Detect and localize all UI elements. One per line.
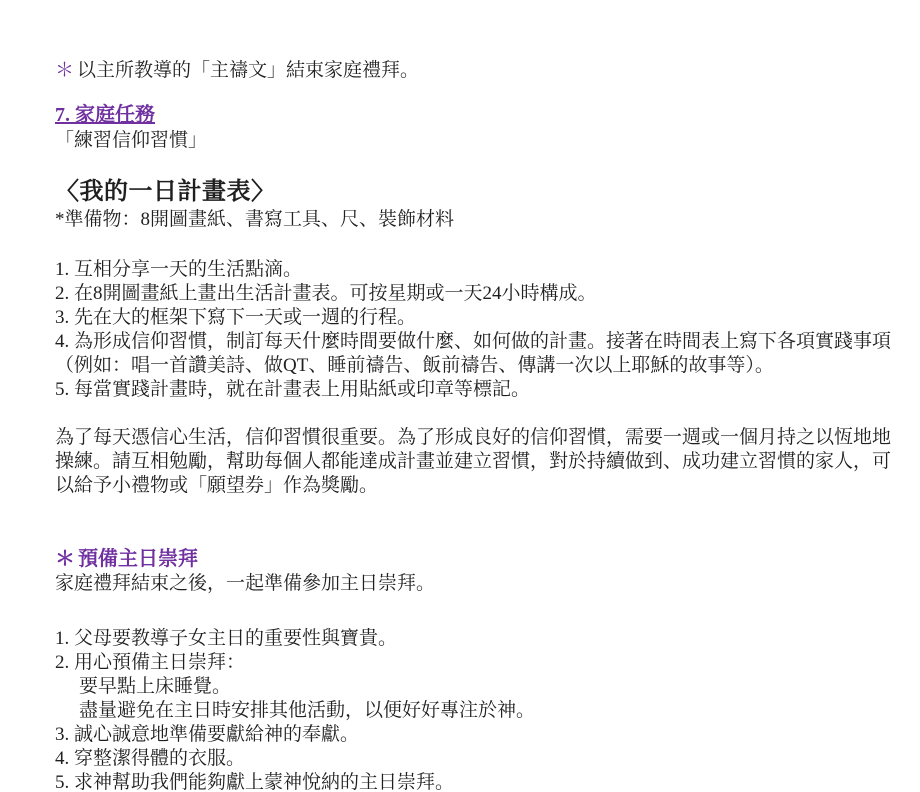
sunday-step-5: 5. 求神幫助我們能夠獻上蒙神悅納的主日崇拜。 xyxy=(55,771,907,792)
day-plan-step-3: 3. 先在大的框架下寫下一天或一週的行程。 xyxy=(55,306,907,330)
family-task-subtitle: 「練習信仰習慣」 xyxy=(55,129,907,153)
sunday-step-1: 1. 父母要教導子女主日的重要性與寶貴。 xyxy=(55,627,907,651)
closing-note-text: 以主所教導的「主禱文」結束家庭禮拜。 xyxy=(77,60,419,81)
family-task-heading: 7. 家庭任務 xyxy=(55,102,907,128)
day-plan-step-2: 2. 在8開圖畫紙上畫出生活計畫表。可按星期或一天24小時構成。 xyxy=(55,282,907,306)
materials-line: *準備物：8開圖畫紙、書寫工具、尺、裝飾材料 xyxy=(55,208,907,232)
sunday-step-2-sub-1: 要早點上床睡覺。 xyxy=(55,675,907,699)
day-plan-heading: 〈我的一日計畫表〉 xyxy=(55,177,907,207)
habit-encouragement-paragraph: 為了每天憑信心生活，信仰習慣很重要。為了形成良好的信仰習慣，需要一週或一個月持之… xyxy=(55,426,907,498)
day-plan-step-1: 1. 互相分享一天的生活點滴。 xyxy=(55,258,907,282)
sunday-intro: 家庭禮拜結束之後，一起準備參加主日崇拜。 xyxy=(55,572,907,596)
sunday-worship-steps: 1. 父母要教導子女主日的重要性與寶貴。 2. 用心預備主日崇拜： 要早點上床睡… xyxy=(55,627,907,792)
closing-note: ＊以主所教導的「主禱文」結束家庭禮拜。 xyxy=(55,58,907,84)
page-canvas: ＊以主所教導的「主禱文」結束家庭禮拜。 7. 家庭任務 「練習信仰習慣」 〈我的… xyxy=(0,0,920,792)
sunday-worship-heading: ＊預備主日崇拜 xyxy=(55,546,907,572)
day-plan-step-5: 5. 每當實踐計畫時，就在計畫表上用貼紙或印章等標記。 xyxy=(55,378,907,402)
document-page: { "page": { "background": "#ffffff", "te… xyxy=(0,0,920,792)
sunday-step-3: 3. 誠心誠意地準備要獻給神的奉獻。 xyxy=(55,723,907,747)
asterisk-icon: ＊ xyxy=(55,548,75,570)
asterisk-icon: ＊ xyxy=(55,60,74,81)
day-plan-step-4: 4. 為形成信仰習慣，制訂每天什麼時間要做什麼、如何做的計畫。接著在時間表上寫下… xyxy=(55,330,907,378)
day-plan-steps: 1. 互相分享一天的生活點滴。 2. 在8開圖畫紙上畫出生活計畫表。可按星期或一… xyxy=(55,258,907,402)
sunday-step-2: 2. 用心預備主日崇拜： xyxy=(55,651,907,675)
sunday-step-4: 4. 穿整潔得體的衣服。 xyxy=(55,747,907,771)
sunday-step-2-sub-2: 盡量避免在主日時安排其他活動，以便好好專注於神。 xyxy=(55,699,907,723)
sunday-worship-heading-text: 預備主日崇拜 xyxy=(78,548,198,570)
